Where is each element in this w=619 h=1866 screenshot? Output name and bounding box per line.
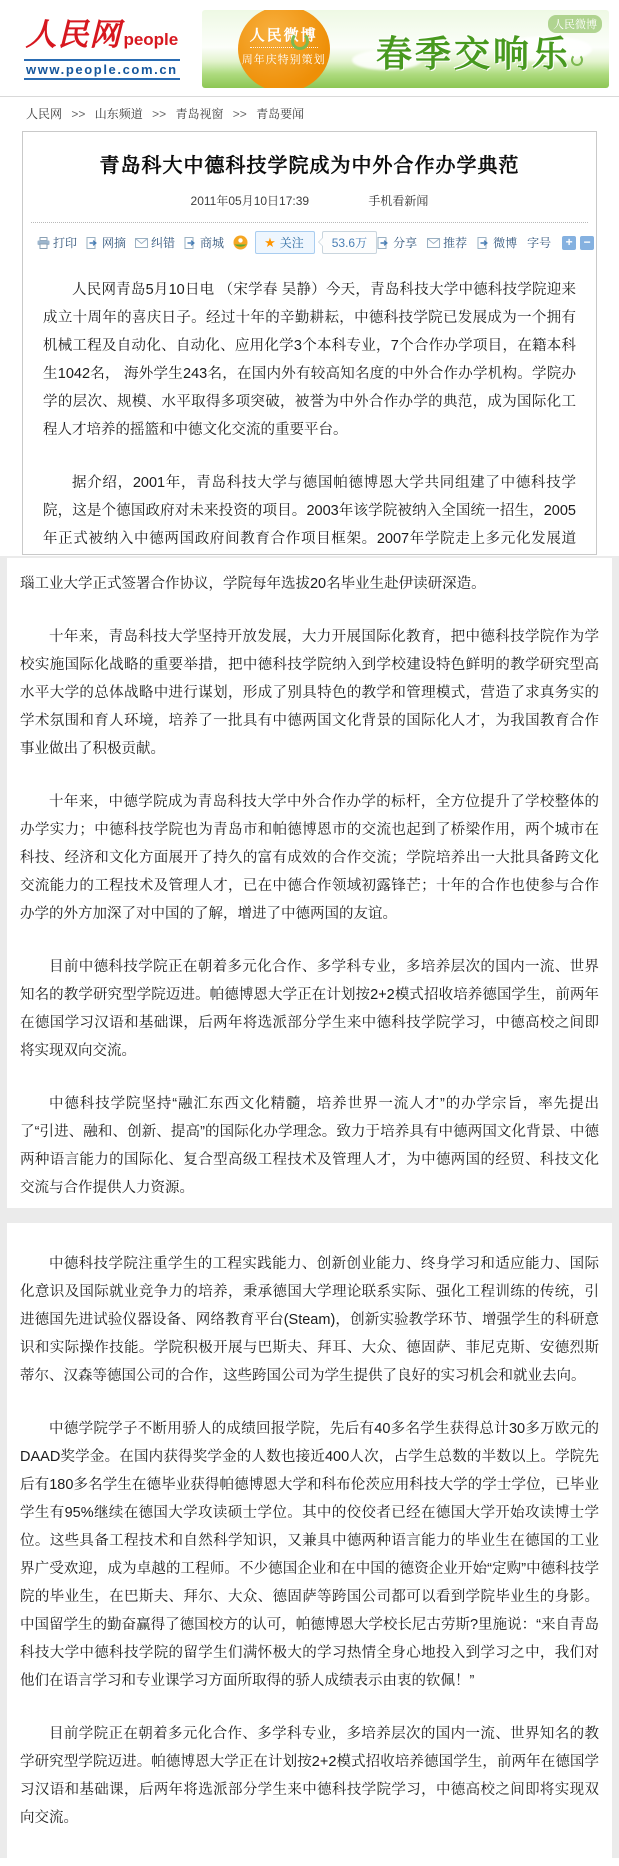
toolbar-right-group: 分享 推荐 微博 字号 + − [377,234,594,251]
envelope-icon [427,238,440,248]
breadcrumb-channel[interactable]: 山东频道 [95,107,143,121]
page: 人民网people www.people.com.cn 人民微博 周年庆特别策划… [0,0,619,1866]
article-paragraph: 中德科技学院坚持“融汇东西文化精髓，培养世界一流人才”的办学宗旨，率先提出了“引… [20,1090,599,1202]
breadcrumb-separator: >> [152,107,166,121]
page-arrow-icon [477,237,490,249]
people-logo[interactable]: 人民网people www.people.com.cn [24,18,180,80]
font-size-label: 字号 [527,234,551,251]
mall-button[interactable]: 商城 [184,234,224,251]
article-body-lower: 瑙工业大学正式签署合作协议，学院每年选拔20名毕业生赴伊读研深造。 十年来，青岛… [0,556,619,1858]
star-icon: ★ [264,237,276,249]
web-digest-button[interactable]: 网摘 [86,234,126,251]
follow-label: 关注 [280,234,304,251]
error-report-label: 纠错 [151,234,175,251]
breadcrumb-section[interactable]: 青岛视窗 [175,107,223,121]
swirl-decoration [291,32,309,50]
font-increase-button[interactable]: + [562,236,576,250]
article-date: 2011年05月10日17:39 [191,194,310,208]
badge-subtitle: 周年庆特别策划 [238,51,330,67]
article-panel-bottom: 中德科技学院注重学生的工程实践能力、创新创业能力、终身学习和适应能力、国际化意识… [7,1223,612,1858]
logo-en-text: people [123,30,178,49]
bottom-margin [0,1858,619,1866]
article-paragraph: 目前学院正在朝着多元化合作、多学科专业，多培养层次的国内一流、世界知名的教学研究… [20,1720,599,1832]
breadcrumb-site[interactable]: 人民网 [26,107,62,121]
article-paragraph: 目前中德科技学院正在朝着多元化合作、多学科专业，多培养层次的国内一流、世界知名的… [20,953,599,1065]
follow-count-badge: 53.6万 [322,231,377,254]
mall-label: 商城 [200,234,224,251]
breadcrumb-page[interactable]: 青岛要闻 [256,107,304,121]
mobile-news-link[interactable]: 手机看新闻 [368,194,428,208]
logo-url: www.people.com.cn [24,59,180,80]
breadcrumb: 人民网 >> 山东频道 >> 青岛视窗 >> 青岛要闻 [0,97,619,129]
breadcrumb-separator: >> [233,107,247,121]
article-toolbar: 打印 网摘 纠错 商城 ★ 关注 53.6万 [37,231,584,254]
dotted-divider [31,222,588,223]
article-meta-row: 2011年05月10日17:39 手机看新闻 [23,192,596,209]
envelope-icon [135,238,148,248]
article-panel-middle: 瑙工业大学正式签署合作协议，学院每年选拔20名毕业生赴伊读研深造。 十年来，青岛… [7,558,612,1208]
print-button[interactable]: 打印 [37,234,77,251]
screenshot-seam [7,1208,612,1223]
page-arrow-icon [377,237,390,249]
article-paragraph: 瑙工业大学正式签署合作协议，学院每年选拔20名毕业生赴伊读研深造。 [20,570,599,598]
article-paragraph: 中德学院学子不断用骄人的成绩回报学院，先后有40多名学生获得总计30多万欧元的D… [20,1415,599,1695]
printer-icon [37,237,50,249]
weibo-share-label: 微博 [493,234,517,251]
recommend-button[interactable]: 推荐 [427,234,467,251]
article-paragraph: 中德科技学院注重学生的工程实践能力、创新创业能力、终身学习和适应能力、国际化意识… [20,1250,599,1390]
follow-count: 53.6万 [332,234,367,251]
follow-button[interactable]: ★ 关注 [255,231,315,254]
logo-cn-text: 人民网 [25,17,121,53]
article-body-top: 人民网青岛5月10日电 （宋学春 吴静）今天，青岛科技大学中德科技学院迎来成立十… [23,276,596,555]
recommend-label: 推荐 [443,234,467,251]
error-report-button[interactable]: 纠错 [135,234,175,251]
article-paragraph: 据介绍，2001年，青岛科技大学与德国帕德博恩大学共同组建了中德科技学院，这是个… [43,469,576,555]
web-digest-label: 网摘 [102,234,126,251]
site-header: 人民网people www.people.com.cn 人民微博 周年庆特别策划… [0,0,619,97]
print-label: 打印 [53,234,77,251]
page-arrow-icon [86,237,99,249]
banner-title: 春季交响乐 [376,26,571,77]
swirl-decoration [571,54,583,66]
weibo-share-button[interactable]: 微博 [477,234,517,251]
article-paragraph: 人民网青岛5月10日电 （宋学春 吴静）今天，青岛科技大学中德科技学院迎来成立十… [43,276,576,444]
page-title: 青岛科大中德科技学院成为中外合作办学典范 [23,132,596,178]
banner-corner-label: 人民微博 [548,15,602,33]
font-decrease-button[interactable]: − [580,236,594,250]
article-paragraph: 十年来，青岛科技大学坚持开放发展，大力开展国际化教育，把中德科技学院作为学校实施… [20,623,599,763]
spring-symphony-banner-ad[interactable]: 人民微博 周年庆特别策划 春季交响乐 人民微博 [202,10,609,88]
share-button[interactable]: 分享 [377,234,417,251]
weibo-anniversary-badge: 人民微博 周年庆特别策划 [238,10,330,88]
page-arrow-icon [184,237,197,249]
people-weibo-icon[interactable] [233,235,248,250]
article-card: 青岛科大中德科技学院成为中外合作办学典范 2011年05月10日17:39 手机… [22,131,597,555]
share-label: 分享 [393,234,417,251]
breadcrumb-separator: >> [71,107,85,121]
weibo-globe-icon [233,235,248,250]
article-paragraph: 十年来，中德学院成为青岛科技大学中外合作办学的标杆，全方位提升了学校整体的办学实… [20,788,599,928]
logo-text-row: 人民网people [24,18,180,58]
